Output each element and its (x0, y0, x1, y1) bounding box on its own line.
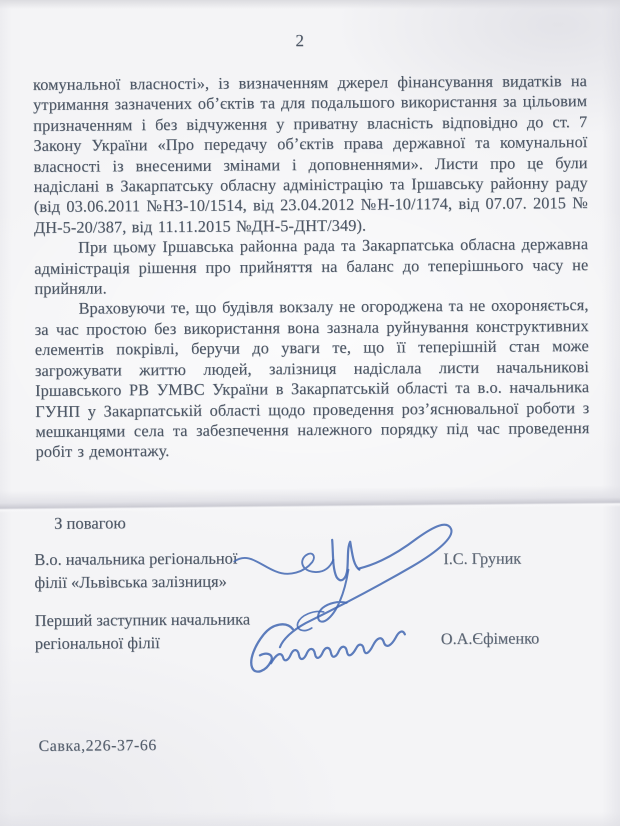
letter-body: комунальної власності», із визначенням д… (33, 71, 590, 463)
signatory-1-title-line-1: В.о. начальника регіональної (34, 547, 237, 571)
signatory-1-name: І.С. Груник (443, 550, 521, 570)
signatory-2-title: Перший заступник начальника регіональної… (35, 608, 251, 655)
executor-contact: Савка,226-37-66 (39, 737, 157, 756)
closing-salutation: З повагою (54, 513, 126, 534)
paragraph-1: комунальної власності», із визначенням д… (33, 71, 588, 238)
signatory-2-title-line-1: Перший заступник начальника (35, 608, 251, 632)
page-number: 2 (0, 29, 602, 53)
letter-content: 2 комунальної власності», із визначенням… (0, 0, 620, 826)
signatory-1-title-line-2: філії «Львівська залізниця» (34, 570, 237, 594)
signature-2-ink (251, 623, 405, 671)
signatory-2-name: О.А.Єфіменко (441, 629, 540, 649)
signature-1-ink (234, 525, 452, 648)
signatory-1-title: В.о. начальника регіональної філії «Льві… (34, 547, 237, 594)
paragraph-2: При цьому Іршавська районна рада та Зака… (34, 234, 588, 299)
paragraph-3: Враховуючи те, що будівля вокзалу не ого… (34, 296, 589, 463)
scanned-letter-page: 2 комунальної власності», із визначенням… (0, 0, 620, 826)
signatory-2-title-line-2: регіональної філії (35, 631, 251, 655)
